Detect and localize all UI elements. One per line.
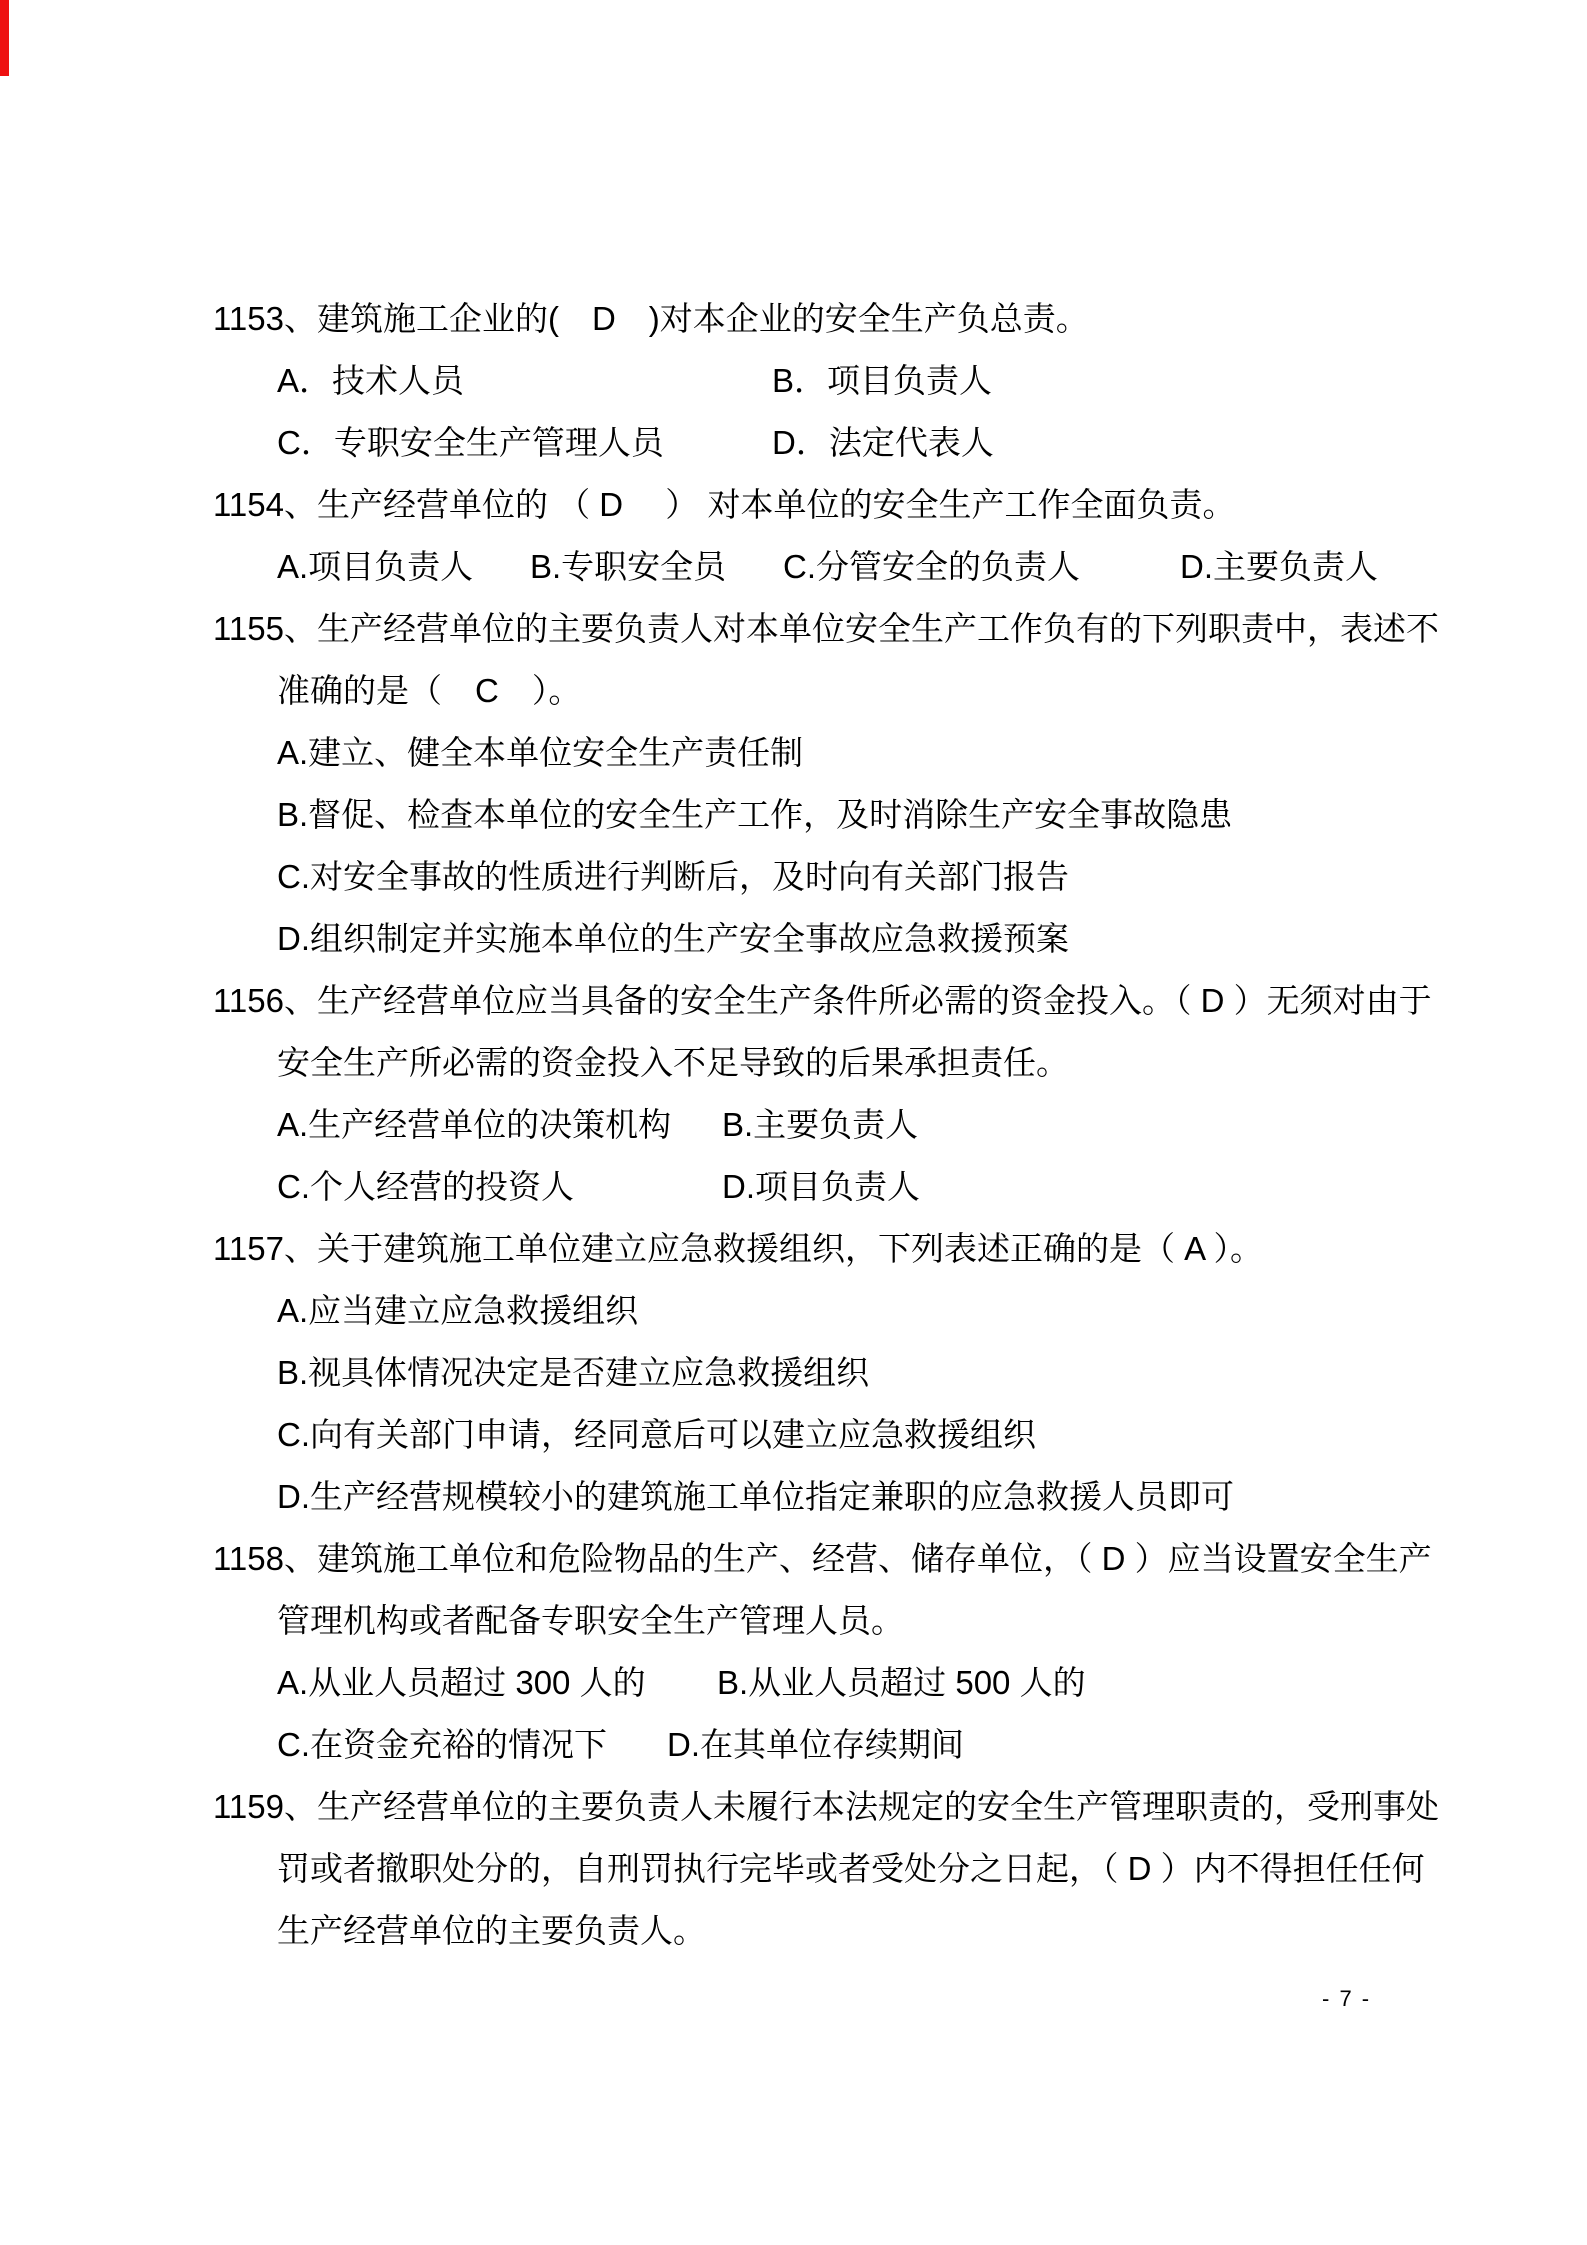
option-a: A.从业人员超过 300 人的 bbox=[277, 1652, 717, 1714]
question-stem: 1155、生产经营单位的主要负责人对本单位安全生产工作负有的下列职责中，表述不准… bbox=[213, 598, 1453, 722]
option-b: B.视具体情况决定是否建立应急救援组织 bbox=[213, 1342, 1453, 1404]
option-a: A.项目负责人 bbox=[277, 536, 530, 598]
option-d: D.在其单位存续期间 bbox=[667, 1714, 964, 1776]
option-d: D.项目负责人 bbox=[722, 1156, 920, 1218]
page-edge-red-marker bbox=[0, 0, 9, 76]
question-block-1154: 1154、生产经营单位的 （ D ） 对本单位的安全生产工作全面负责。 A.项目… bbox=[213, 474, 1453, 598]
question-block-1159: 1159、生产经营单位的主要负责人未履行本法规定的安全生产管理职责的，受刑事处罚… bbox=[213, 1776, 1453, 1962]
option-d: D．法定代表人 bbox=[772, 412, 994, 474]
option-row: A.生产经营单位的决策机构 B.主要负责人 bbox=[213, 1094, 1453, 1156]
option-d: D.组织制定并实施本单位的生产安全事故应急救援预案 bbox=[213, 908, 1453, 970]
page-number: - 7 - bbox=[1322, 1984, 1371, 2014]
option-a: A.应当建立应急救援组织 bbox=[213, 1280, 1453, 1342]
option-c: C.个人经营的投资人 bbox=[277, 1156, 722, 1218]
option-a: A．技术人员 bbox=[277, 350, 772, 412]
option-d: D.主要负责人 bbox=[1180, 536, 1378, 598]
option-row: C.在资金充裕的情况下 D.在其单位存续期间 bbox=[213, 1714, 1453, 1776]
question-stem: 1157、关于建筑施工单位建立应急救援组织，下列表述正确的是（ A ）。 bbox=[213, 1218, 1453, 1280]
option-row: A.从业人员超过 300 人的 B.从业人员超过 500 人的 bbox=[213, 1652, 1453, 1714]
question-stem: 1156、生产经营单位应当具备的安全生产条件所必需的资金投入。（ D ）无须对由… bbox=[213, 970, 1453, 1094]
option-row: C．专职安全生产管理人员 D．法定代表人 bbox=[213, 412, 1453, 474]
option-b: B.从业人员超过 500 人的 bbox=[717, 1652, 1086, 1714]
question-block-1156: 1156、生产经营单位应当具备的安全生产条件所必需的资金投入。（ D ）无须对由… bbox=[213, 970, 1453, 1218]
option-row: A.项目负责人 B.专职安全员 C.分管安全的负责人 D.主要负责人 bbox=[213, 536, 1453, 598]
question-block-1158: 1158、建筑施工单位和危险物品的生产、经营、储存单位，（ D ）应当设置安全生… bbox=[213, 1528, 1453, 1776]
option-b: B.专职安全员 bbox=[530, 536, 783, 598]
option-b: B.督促、检查本单位的安全生产工作，及时消除生产安全事故隐患 bbox=[213, 784, 1453, 846]
option-row: C.个人经营的投资人 D.项目负责人 bbox=[213, 1156, 1453, 1218]
question-block-1155: 1155、生产经营单位的主要负责人对本单位安全生产工作负有的下列职责中，表述不准… bbox=[213, 598, 1453, 970]
option-a: A.建立、健全本单位安全生产责任制 bbox=[213, 722, 1453, 784]
question-stem: 1159、生产经营单位的主要负责人未履行本法规定的安全生产管理职责的，受刑事处罚… bbox=[213, 1776, 1453, 1962]
option-b: B.主要负责人 bbox=[722, 1094, 918, 1156]
option-c: C.对安全事故的性质进行判断后，及时向有关部门报告 bbox=[213, 846, 1453, 908]
option-c: C.分管安全的负责人 bbox=[783, 536, 1180, 598]
option-c: C.向有关部门申请，经同意后可以建立应急救援组织 bbox=[213, 1404, 1453, 1466]
option-c: C．专职安全生产管理人员 bbox=[277, 412, 772, 474]
question-stem: 1158、建筑施工单位和危险物品的生产、经营、储存单位，（ D ）应当设置安全生… bbox=[213, 1528, 1453, 1652]
option-c: C.在资金充裕的情况下 bbox=[277, 1714, 667, 1776]
document-page: { "page": { "footer": "- 7 -", "backgrou… bbox=[0, 0, 1587, 2245]
option-row: A．技术人员 B．项目负责人 bbox=[213, 350, 1453, 412]
option-b: B．项目负责人 bbox=[772, 350, 992, 412]
question-block-1153: 1153、建筑施工企业的( D )对本企业的安全生产负总责。 A．技术人员 B．… bbox=[213, 288, 1453, 474]
question-stem: 1153、建筑施工企业的( D )对本企业的安全生产负总责。 bbox=[213, 288, 1453, 350]
option-a: A.生产经营单位的决策机构 bbox=[277, 1094, 722, 1156]
option-d: D.生产经营规模较小的建筑施工单位指定兼职的应急救援人员即可 bbox=[213, 1466, 1453, 1528]
question-block-1157: 1157、关于建筑施工单位建立应急救援组织，下列表述正确的是（ A ）。 A.应… bbox=[213, 1218, 1453, 1528]
question-stem: 1154、生产经营单位的 （ D ） 对本单位的安全生产工作全面负责。 bbox=[213, 474, 1453, 536]
page-content: 1153、建筑施工企业的( D )对本企业的安全生产负总责。 A．技术人员 B．… bbox=[213, 288, 1453, 1962]
